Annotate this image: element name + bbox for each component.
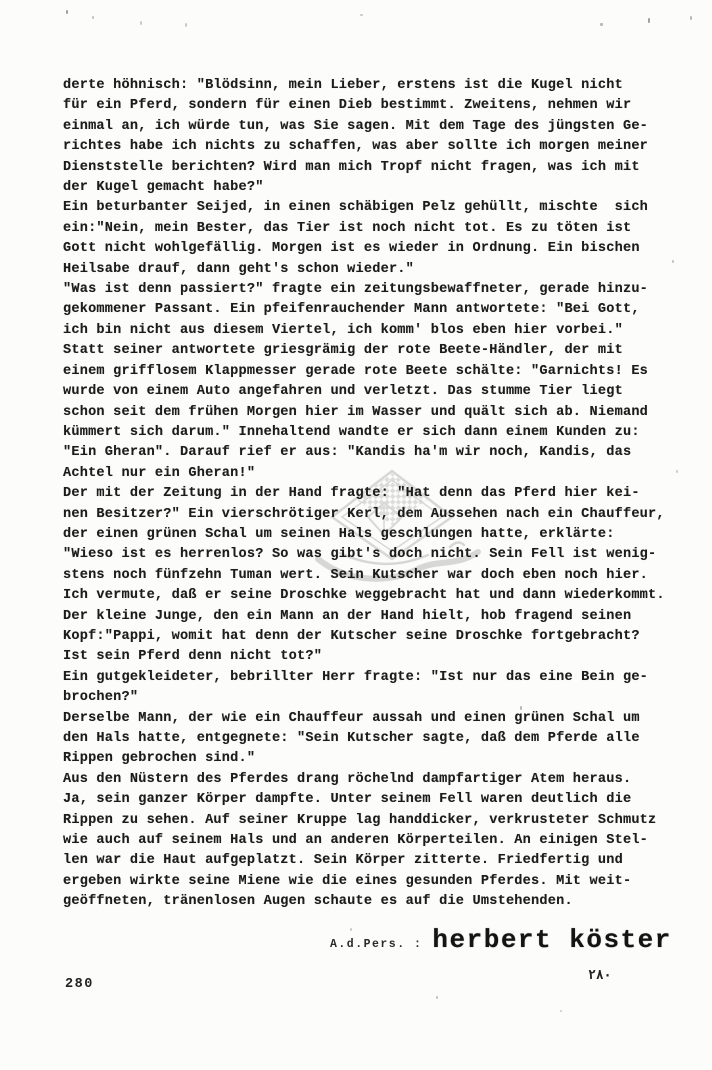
scan-speck: [92, 16, 94, 19]
text-line: einem grifflosem Klappmesser gerade rote…: [63, 362, 678, 382]
text-line: richtes habe ich nichts zu schaffen, was…: [63, 137, 678, 157]
page-number-persian: ۲۸۰: [588, 968, 611, 983]
scanned-document-page: derte höhnisch: "Blödsinn, mein Lieber, …: [0, 0, 712, 1070]
text-line: ich bin nicht aus diesem Viertel, ich ko…: [63, 321, 678, 341]
scan-speck: [360, 14, 363, 16]
text-line: derte höhnisch: "Blödsinn, mein Lieber, …: [63, 76, 678, 96]
text-line: Statt seiner antwortete griesgrämig der …: [63, 341, 678, 361]
text-line: wurde von einem Auto angefahren und verl…: [63, 382, 678, 402]
scan-speck: [600, 23, 603, 26]
scan-speck: [676, 470, 678, 473]
text-line: "Wieso ist es herrenlos? So was gibt's d…: [63, 545, 678, 565]
scan-speck: [185, 23, 187, 27]
text-line: ergeben wirkte seine Miene wie die eines…: [63, 872, 678, 892]
scan-speck: [690, 16, 692, 20]
text-line: nen Besitzer?" Ein vierschrötiger Kerl, …: [63, 505, 678, 525]
text-line: stens noch fünfzehn Tuman wert. Sein Kut…: [63, 566, 678, 586]
text-line: gekommener Passant. Ein pfeifenrauchende…: [63, 300, 678, 320]
text-line: schon seit dem frühen Morgen hier im Was…: [63, 403, 678, 423]
signature-prefix: A.d.Pers. :: [330, 938, 422, 951]
text-line: einmal an, ich würde tun, was Sie sagen.…: [63, 117, 678, 137]
text-line: Rippen zu sehen. Auf seiner Kruppe lag h…: [63, 811, 678, 831]
text-line: Ist sein Pferd denn nicht tot?": [63, 647, 678, 667]
scan-speck: [648, 18, 650, 23]
text-line: Derselbe Mann, der wie ein Chauffeur aus…: [63, 709, 678, 729]
text-line: len war die Haut aufgeplatzt. Sein Körpe…: [63, 851, 678, 871]
text-line: Gott nicht wohlgefällig. Morgen ist es w…: [63, 239, 678, 259]
scan-speck: [436, 996, 438, 999]
scan-speck: [140, 21, 142, 25]
text-line: Der mit der Zeitung in der Hand fragte: …: [63, 484, 678, 504]
text-line: Achtel nur ein Gheran!": [63, 464, 678, 484]
text-line: Rippen gebrochen sind.": [63, 749, 678, 769]
text-line: "Ein Gheran". Darauf rief er aus: "Kandi…: [63, 443, 678, 463]
text-line: kümmert sich darum." Innehaltend wandte …: [63, 423, 678, 443]
text-line: der einen grünen Schal um seinen Hals ge…: [63, 525, 678, 545]
scan-speck: [66, 10, 68, 14]
signature-name: herbert köster: [432, 925, 671, 955]
page-number-latin: 280: [65, 977, 94, 992]
text-line: brochen?": [63, 688, 678, 708]
text-line: Ich vermute, daß er seine Droschke wegge…: [63, 586, 678, 606]
text-line: Aus den Nüstern des Pferdes drang röchel…: [63, 770, 678, 790]
scan-speck: [672, 260, 674, 263]
text-line: Ja, sein ganzer Körper dampfte. Unter se…: [63, 790, 678, 810]
text-line: Heilsabe drauf, dann geht's schon wieder…: [63, 260, 678, 280]
text-line: ein:"Nein, mein Bester, das Tier ist noc…: [63, 219, 678, 239]
text-line: Ein beturbanter Seijed, in einen schäbig…: [63, 198, 678, 218]
text-line: Der kleine Junge, den ein Mann an der Ha…: [63, 607, 678, 627]
scan-speck: [350, 928, 352, 931]
text-line: Dienststelle berichten? Wird man mich Tr…: [63, 158, 678, 178]
text-line: "Was ist denn passiert?" fragte ein zeit…: [63, 280, 678, 300]
text-line: wie auch auf seinem Hals und an anderen …: [63, 831, 678, 851]
text-line: den Hals hatte, entgegnete: "Sein Kutsch…: [63, 729, 678, 749]
text-line: Ein gutgekleideter, bebrillter Herr frag…: [63, 668, 678, 688]
document-body: derte höhnisch: "Blödsinn, mein Lieber, …: [63, 76, 678, 913]
signature-row: A.d.Pers. : herbert köster: [330, 925, 672, 955]
text-line: geöffneten, tränenlosen Augen schaute es…: [63, 892, 678, 912]
scan-speck: [520, 706, 522, 710]
text-line: der Kugel gemacht habe?": [63, 178, 678, 198]
text-line: Kopf:"Pappi, womit hat denn der Kutscher…: [63, 627, 678, 647]
text-line: für ein Pferd, sondern für einen Dieb be…: [63, 96, 678, 116]
scan-speck: [560, 1010, 562, 1012]
